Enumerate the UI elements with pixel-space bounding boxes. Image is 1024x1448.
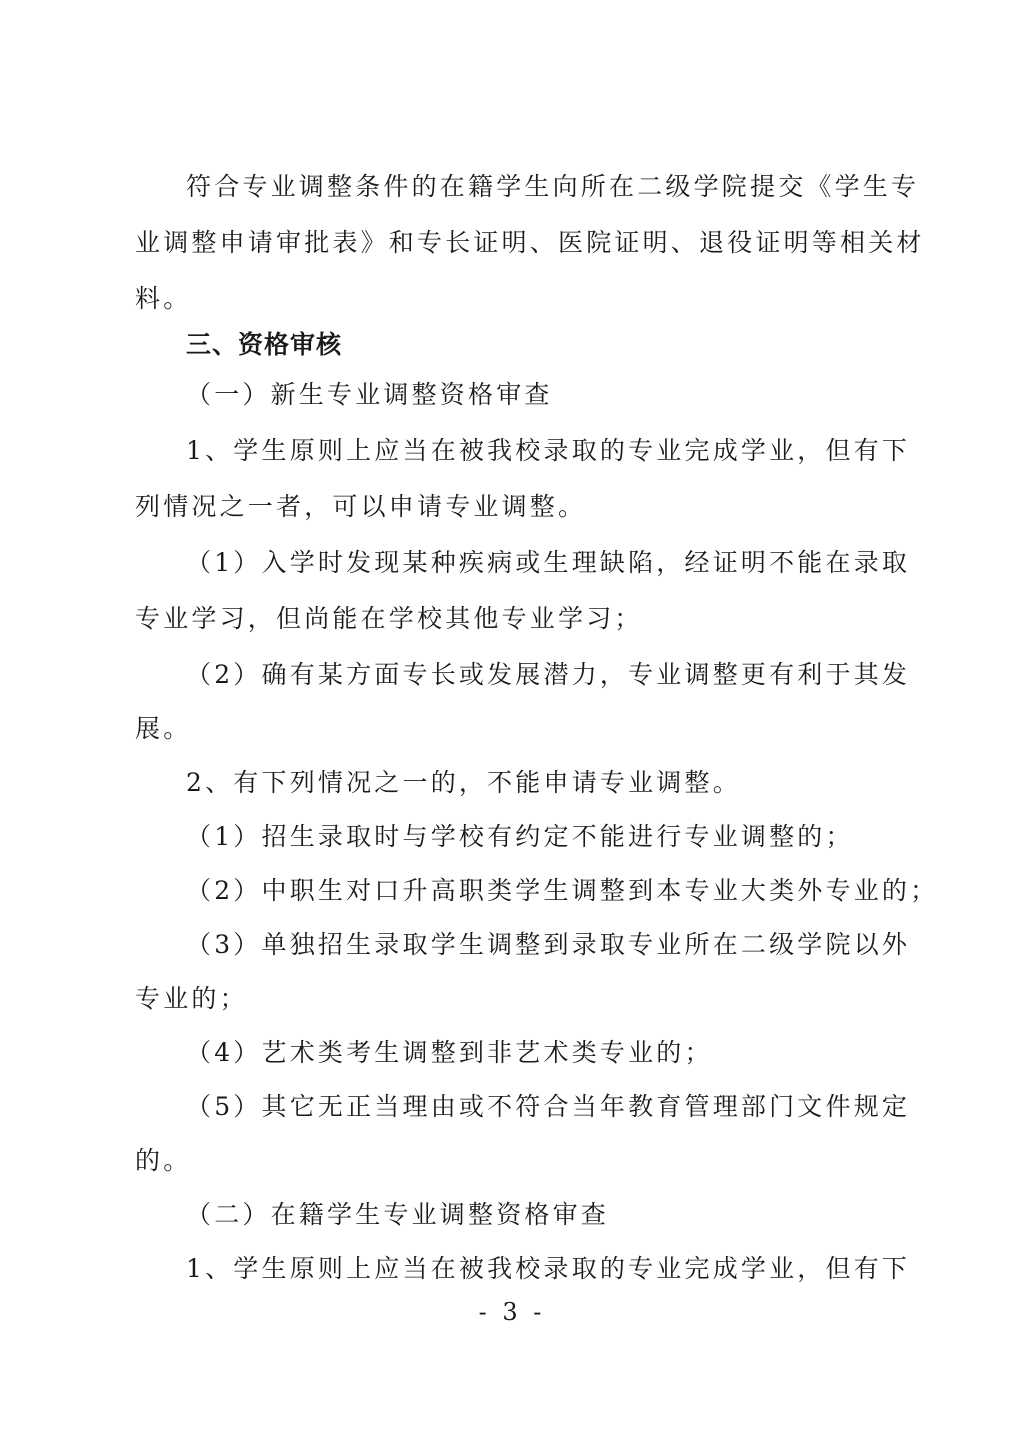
list-item-line: （5）其它无正当理由或不符合当年教育管理部门文件规定 [186,1092,942,1122]
paragraph-line: 2、有下列情况之一的，不能申请专业调整。 [186,768,942,798]
paragraph-line: 1、学生原则上应当在被我校录取的专业完成学业，但有下 [186,436,942,466]
paragraph-line: 1、学生原则上应当在被我校录取的专业完成学业，但有下 [186,1254,942,1284]
list-item-line: 专业的； [135,984,891,1014]
list-item-line: 的。 [135,1146,891,1176]
paragraph-line: 料。 [135,284,891,314]
subsection-heading: （一）新生专业调整资格审查 [186,380,942,410]
list-item-line: （4）艺术类考生调整到非艺术类专业的； [186,1038,942,1068]
paragraph-line: 业调整申请审批表》和专长证明、医院证明、退役证明等相关材 [135,228,891,258]
list-item-line: 展。 [135,714,891,744]
list-item-line: （2）中职生对口升高职类学生调整到本专业大类外专业的； [186,876,942,906]
document-page: 符合专业调整条件的在籍学生向所在二级学院提交《学生专 业调整申请审批表》和专长证… [0,0,1024,1448]
paragraph-line: 符合专业调整条件的在籍学生向所在二级学院提交《学生专 [186,172,942,202]
list-item-line: （2）确有某方面专长或发展潜力，专业调整更有利于其发 [186,660,942,690]
paragraph-line: 列情况之一者，可以申请专业调整。 [135,492,891,522]
subsection-heading: （二）在籍学生专业调整资格审查 [186,1200,942,1230]
section-heading: 三、资格审核 [186,330,942,360]
list-item-line: （1）招生录取时与学校有约定不能进行专业调整的； [186,822,942,852]
list-item-line: （1）入学时发现某种疾病或生理缺陷，经证明不能在录取 [186,548,942,578]
list-item-line: （3）单独招生录取学生调整到录取专业所在二级学院以外 [186,930,942,960]
page-number: - 3 - [0,1298,1024,1326]
list-item-line: 专业学习，但尚能在学校其他专业学习； [135,604,891,634]
